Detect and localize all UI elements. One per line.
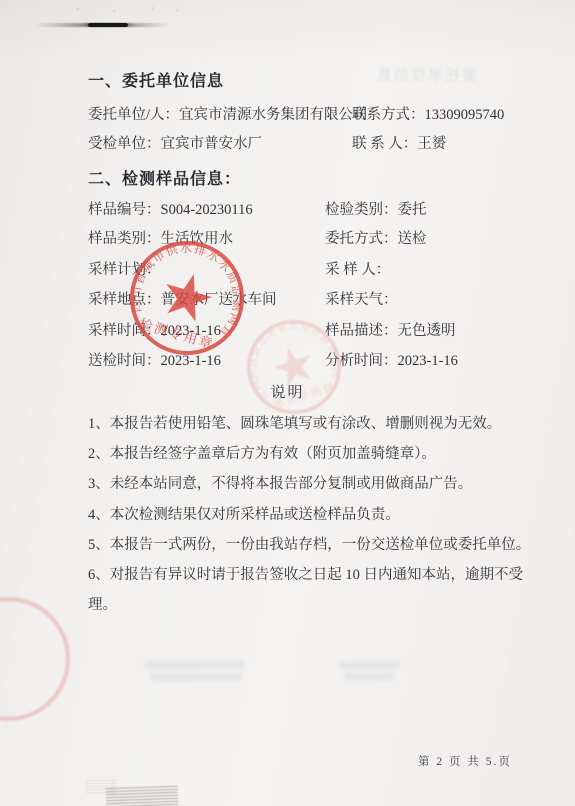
- field-label: 样品编号：: [88, 202, 161, 218]
- scan-speckles: [66, 4, 186, 16]
- field-label: 采 样 人：: [325, 262, 390, 278]
- field-commission-method: 委托方式：送检: [325, 227, 427, 248]
- field-label: 委托方式：: [325, 231, 398, 247]
- section2-title: 二、检测样品信息：: [88, 166, 241, 189]
- note-line-2: 2、本报告经签字盖章后方为有效（附页加盖骑缝章）。: [88, 442, 535, 463]
- bleed-through-line: [150, 673, 242, 681]
- field-contact-phone: 联系方式：13309095740: [352, 103, 504, 124]
- inspection-stamp: 四川省城市供水排水水质监测网宜宾监测站 检测专用章: [125, 236, 249, 360]
- bottom-scan-smudge-light: [86, 779, 116, 793]
- field-value: S004-20230116: [161, 202, 253, 218]
- note-line-3: 3、未经本站同意，不得将本报告部分复制或用做商品广告。: [88, 472, 535, 493]
- bleed-through-line: [145, 660, 245, 669]
- field-inspection-category: 检验类别：委托: [325, 198, 427, 219]
- field-value: 宜宾市清源水务集团有限公司: [179, 107, 368, 123]
- page-number: 第 2 页 共 5.页: [418, 753, 512, 769]
- note-line-4: 4、本次检测结果仅对所采样品或送检样品负责。: [88, 503, 535, 524]
- bleed-through-line: [338, 661, 400, 669]
- stamp-caption: 检测专用章: [137, 315, 216, 352]
- scanned-report-page: 委托单位信息 一、委托单位信息 委托单位/人：宜宾市清源水务集团有限公司 联系方…: [0, 0, 575, 806]
- stamp-bleed-through: 四川省城市供水排水水质监测网宜宾监测站 检测专用章: [236, 309, 351, 424]
- field-sampling-weather: 采样天气：: [325, 288, 398, 309]
- field-label: 联系方式：: [352, 107, 425, 123]
- scan-streak-core: [88, 23, 128, 27]
- field-inspected-unit: 受检单位：宜宾市普安水厂: [88, 132, 262, 153]
- field-sampler: 采 样 人：: [325, 258, 390, 279]
- bleed-through-header-text: 委托单位信息: [375, 64, 477, 85]
- field-label: 联 系 人：: [352, 136, 417, 152]
- field-label: 受检单位：: [88, 136, 161, 152]
- field-label: 采样天气：: [325, 292, 398, 308]
- star-icon: [159, 267, 217, 324]
- field-contact-person: 联 系 人：王赟: [352, 132, 446, 153]
- field-sample-description: 样品描述：无色透明: [325, 319, 456, 340]
- field-client-unit: 委托单位/人：宜宾市清源水务集团有限公司: [88, 103, 368, 124]
- field-label: 检验类别：: [325, 202, 398, 218]
- field-value: 2023-1-16: [398, 353, 458, 369]
- stamp-caption: 检测专用章: [271, 380, 336, 413]
- note-line-5: 5、本报告一式两份，一份由我站存档，一份交送检单位或委托单位。: [88, 533, 535, 554]
- field-value: 送检: [398, 231, 427, 247]
- note-line-6: 6、对报告有异议时请于报告签收之日起 10 日内通知本站，逾期不受: [88, 563, 535, 584]
- section1-title: 一、委托单位信息: [88, 68, 224, 91]
- field-value: 委托: [398, 202, 427, 218]
- field-value: 宜宾市普安水厂: [161, 136, 263, 152]
- field-value: 无色透明: [398, 323, 456, 339]
- field-value: 13309095740: [425, 107, 505, 123]
- stamp-bleed-graphic: 四川省城市供水排水水质监测网宜宾监测站 检测专用章: [236, 309, 351, 424]
- star-icon: [269, 341, 318, 388]
- note-line-6-continued: 理。: [88, 593, 535, 614]
- left-edge-stamp-bleed: [0, 597, 70, 721]
- bottom-scan-smudge: [106, 784, 179, 806]
- bleed-through-line: [344, 673, 394, 680]
- stamp-graphic: 四川省城市供水排水水质监测网宜宾监测站 检测专用章: [125, 236, 249, 360]
- field-sample-number: 样品编号：S004-20230116: [88, 198, 253, 219]
- field-label: 委托单位/人：: [88, 107, 179, 123]
- field-value: 王赟: [417, 136, 446, 152]
